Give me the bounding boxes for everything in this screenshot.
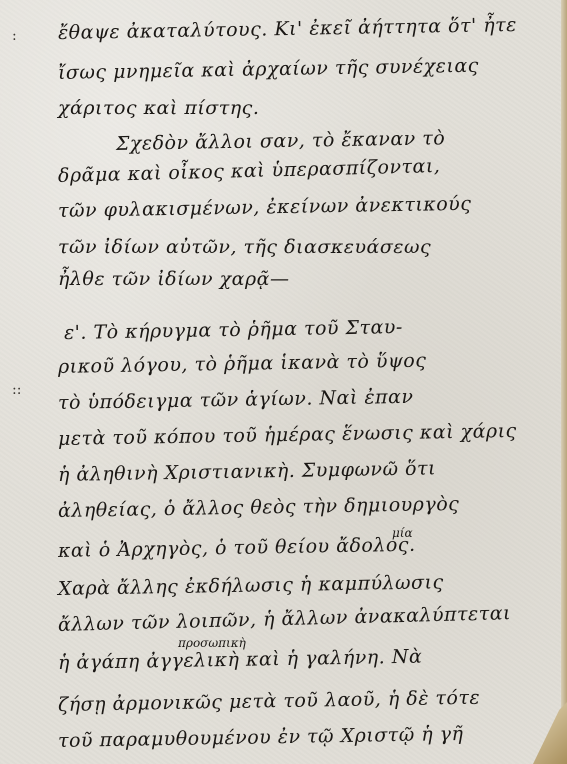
torn-corner	[533, 694, 567, 764]
manuscript-line-2: ἴσως μνημεῖα καὶ ἀρχαίων τῆς συνέχειας	[58, 55, 479, 84]
margin-mark: :	[12, 28, 17, 44]
manuscript-line-18: ἡ ἀγάπη ἀγγελικὴ καὶ ἡ γαλήνη. Νὰ	[58, 646, 423, 674]
manuscript-line-17: ἄλλων τῶν λοιπῶν, ἡ ἄλλων ἀνακαλύπτεται	[58, 602, 512, 636]
manuscript-line-8: ἦλθε τῶν ἰδίων χαρᾷ—	[58, 268, 289, 290]
manuscript-line-12: μετὰ τοῦ κόπου τοῦ ἡμέρας ἕνωσις καὶ χάρ…	[58, 420, 517, 450]
manuscript-line-16: Χαρὰ ἄλλης ἐκδήλωσις ἡ καμπύλωσις	[58, 571, 444, 600]
manuscript-line-11: τὸ ὑπόδειγμα τῶν ἁγίων. Ναὶ ἐπαν	[58, 386, 414, 414]
manuscript-line-10: ρικοῦ λόγου, τὸ ῥῆμα ἱκανὰ τὸ ὕψος	[58, 350, 427, 378]
manuscript-line-5: δρᾶμα καὶ οἶκος καὶ ὑπερασπίζονται,	[58, 155, 441, 187]
manuscript-line-9: ε'. Τὸ κήρυγμα τὸ ῥῆμα τοῦ Σταυ-	[64, 316, 403, 344]
manuscript-line-19: ζήσῃ ἀρμονικῶς μετὰ τοῦ λαοῦ, ἡ δὲ τότε	[58, 687, 480, 716]
manuscript-line-3: χάριτος καὶ πίστης.	[58, 97, 259, 119]
manuscript-line-6: τῶν φυλακισμένων, ἐκείνων ἀνεκτικούς	[58, 193, 472, 222]
paper-edge	[561, 0, 567, 764]
margin-mark: ::	[12, 382, 21, 398]
manuscript-page: : :: ἔθαψε ἀκαταλύτους. Κι' ἐκεῖ ἀήττητα…	[0, 0, 567, 764]
manuscript-line-7: τῶν ἰδίων αὐτῶν, τῆς διασκευάσεως	[58, 236, 431, 258]
manuscript-line-4: Σχεδὸν ἄλλοι σαν, τὸ ἔκαναν τὸ	[116, 127, 446, 155]
manuscript-line-15: καὶ ὁ Ἀρχηγὸς, ὁ τοῦ θείου ἄδολος.	[58, 534, 416, 562]
manuscript-line-20: τοῦ παραμυθουμένου ἐν τῷ Χριστῷ ἡ γῆ	[58, 723, 464, 752]
manuscript-line-1: ἔθαψε ἀκαταλύτους. Κι' ἐκεῖ ἀήττητα ὅτ' …	[58, 14, 517, 44]
manuscript-line-13: ἡ ἀληθινὴ Χριστιανικὴ. Συμφωνῶ ὅτι	[58, 457, 436, 486]
manuscript-line-14: ἀληθείας, ὁ ἄλλος θεὸς τὴν δημιουργὸς	[58, 493, 460, 522]
